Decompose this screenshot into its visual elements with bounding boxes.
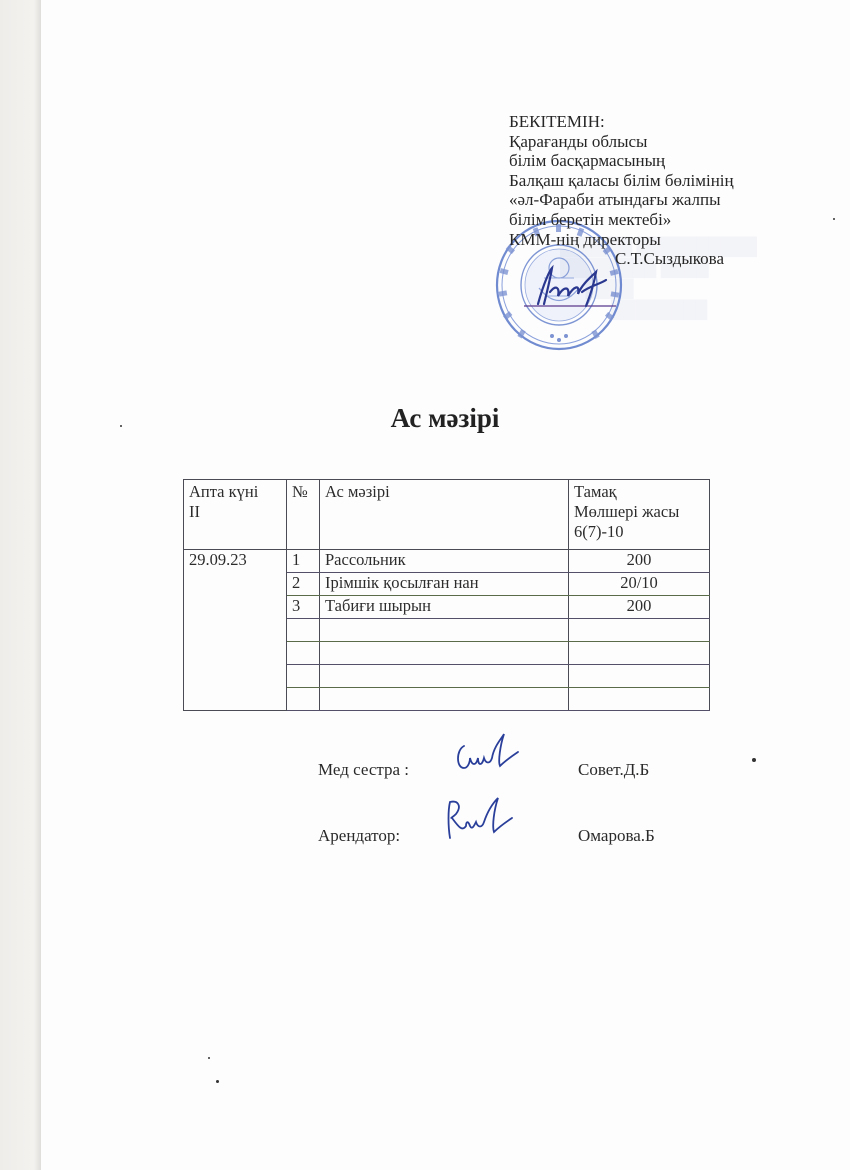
row-number: 2 [287,573,320,596]
approval-line: КММ-нің директоры [509,230,734,250]
scan-speck [216,1080,219,1083]
header-amount-line: Мөлшері жасы [574,502,704,522]
row-dish [320,642,569,665]
table-row: 29.09.23 1 Рассольник 200 [184,550,710,573]
scan-edge [0,0,41,1170]
row-number [287,688,320,711]
director-signature-icon [520,262,620,314]
header-dish: Ас мәзірі [320,480,569,550]
row-dish: Рассольник [320,550,569,573]
row-dish [320,619,569,642]
approval-heading: БЕКІТЕМІН: [509,112,734,132]
header-amount-line: Тамақ [574,482,704,502]
approval-line: Балқаш қаласы білім бөлімінің [509,171,734,191]
menu-date: 29.09.23 [184,550,287,711]
signature-role: Мед сестра : [318,760,409,780]
row-amount: 20/10 [569,573,710,596]
header-number: № [287,480,320,550]
menu-table: Апта күні ІІ № Ас мәзірі Тамақ Мөлшері ж… [183,479,710,711]
header-amount: Тамақ Мөлшері жасы 6(7)-10 [569,480,710,550]
row-amount [569,642,710,665]
scan-speck [120,425,122,427]
row-amount [569,665,710,688]
row-dish [320,688,569,711]
scan-speck [208,1057,210,1059]
row-number: 1 [287,550,320,573]
header-day-label: Апта күні [189,482,281,502]
row-amount: 200 [569,596,710,619]
scan-speck [752,758,756,762]
approval-line: білім басқармасының [509,151,734,171]
approval-line: Қарағанды облысы [509,132,734,152]
row-number [287,665,320,688]
signature-role: Арендатор: [318,826,400,846]
row-number [287,619,320,642]
approval-line: «әл-Фараби атындағы жалпы [509,190,734,210]
row-amount: 200 [569,550,710,573]
scan-speck [833,218,835,220]
row-amount [569,619,710,642]
signature-name: Омарова.Б [578,826,655,846]
row-amount [569,688,710,711]
approval-block: БЕКІТЕМІН: Қарағанды облысы білім басқар… [509,112,734,269]
header-day-number: ІІ [189,502,281,522]
row-number [287,642,320,665]
approval-line: білім беретін мектебі» [509,210,734,230]
header-day: Апта күні ІІ [184,480,287,550]
tenant-signature-icon [440,796,516,844]
signature-name: Совет.Д.Б [578,760,649,780]
page-title: Ас мәзірі [0,403,850,434]
row-number: 3 [287,596,320,619]
row-dish [320,665,569,688]
table-header-row: Апта күні ІІ № Ас мәзірі Тамақ Мөлшері ж… [184,480,710,550]
nurse-signature-icon [452,732,522,778]
header-amount-line: 6(7)-10 [574,522,704,542]
row-dish: Табиғи шырын [320,596,569,619]
row-dish: Ірімшік қосылған нан [320,573,569,596]
